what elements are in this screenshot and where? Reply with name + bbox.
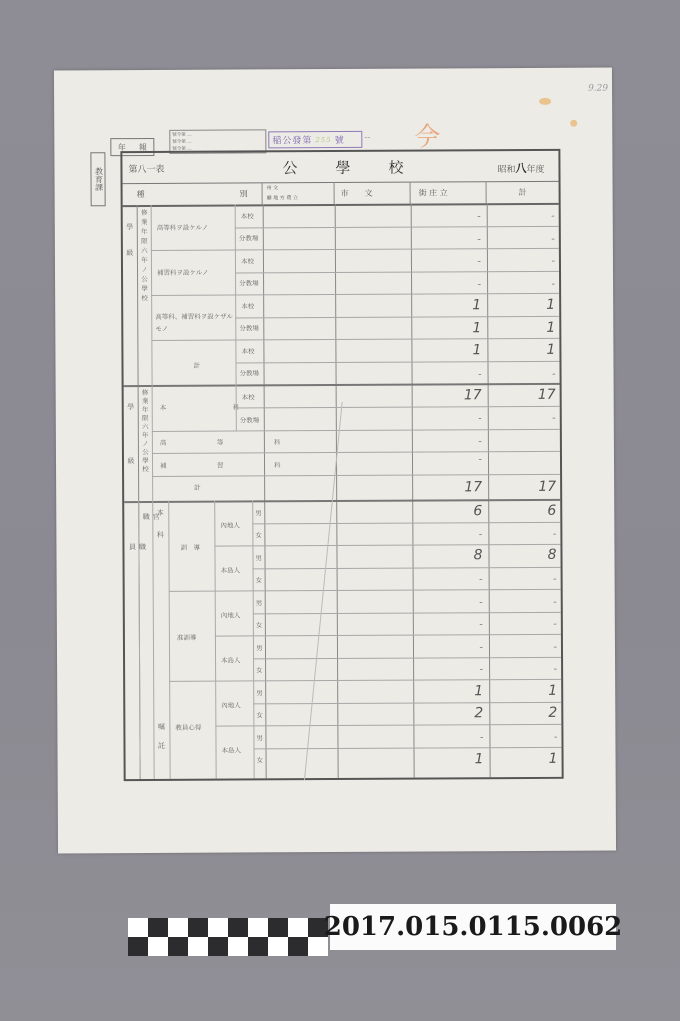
cell-value: 8 — [496, 547, 556, 563]
row-line — [152, 474, 560, 477]
cell-value: - — [421, 211, 481, 222]
row-label: 本校 — [241, 346, 254, 355]
grid-line — [252, 500, 254, 778]
year-prefix: 昭和 — [497, 165, 515, 175]
fiscal-year: 昭和八年度 — [497, 160, 544, 176]
grid-line — [263, 204, 267, 778]
row-label: 本校 — [242, 392, 255, 401]
cell-value: - — [497, 597, 557, 608]
page-title: 公學校 — [282, 156, 441, 178]
stamp-tail: -- — [364, 133, 370, 143]
cell-value: - — [423, 619, 483, 630]
row-label: 本校 — [241, 256, 254, 265]
section2-inner-label: 修業年限六年ノ公學校 — [141, 389, 151, 499]
row-line — [152, 451, 560, 454]
col-category-label: 種 — [137, 189, 145, 200]
cell-value: 1 — [421, 297, 481, 313]
col-prefectural: 州 文 廳 地 方 費 立 — [263, 182, 335, 204]
row-label: 本校 — [241, 301, 254, 310]
grid-line — [152, 385, 154, 501]
row-line — [151, 293, 559, 296]
cell-value: - — [495, 256, 555, 267]
section-divider — [124, 383, 560, 387]
cell-value: - — [496, 529, 556, 540]
row-label: 分教場 — [239, 233, 259, 242]
cell-value: - — [496, 369, 556, 380]
cell-value: 1 — [421, 342, 481, 358]
row-line — [253, 567, 561, 570]
color-scale-ruler — [128, 918, 328, 956]
col-total: 計 — [487, 181, 561, 203]
section-divider — [124, 499, 560, 503]
row-line — [253, 612, 561, 615]
cell-value: - — [421, 256, 481, 267]
cell-value: 1 — [421, 320, 481, 336]
sex-label: 男 — [255, 553, 262, 562]
cell-value: - — [421, 234, 481, 245]
row-line — [235, 316, 559, 319]
col-city: 市 文 — [335, 182, 411, 204]
grid-line — [411, 204, 415, 778]
stamp-text: 號 — [335, 133, 345, 146]
cell-value: 1 — [495, 297, 555, 313]
row-line — [254, 747, 562, 750]
row-line — [235, 226, 559, 229]
sex-label: 男 — [256, 643, 263, 652]
col-town: 街 庄 立 — [411, 181, 487, 203]
cell-value: - — [422, 369, 482, 380]
group-label: 補習科ヲ設ケルノ — [157, 268, 208, 277]
col4-label: 計 — [519, 187, 527, 198]
group-label: 計 — [193, 361, 200, 370]
section2-outer-label: 學 級 — [126, 403, 137, 503]
purple-stamp: 稲公發第 255 號 — [268, 131, 362, 148]
cell-value: - — [423, 597, 483, 608]
row-line — [215, 724, 561, 727]
cell-value: - — [497, 574, 557, 585]
row-line — [152, 429, 560, 432]
cell-value: 17 — [422, 479, 482, 495]
orange-handwritten-mark: 𫝆 — [414, 116, 440, 153]
sex-label: 女 — [255, 530, 262, 539]
group-label: 高等科、補習科ヲ設ケザルモノ — [155, 311, 235, 335]
sub-label: 內地人 — [221, 610, 241, 619]
row-line — [151, 248, 559, 251]
table-header: 第八一表 公學校 昭和八年度 — [122, 151, 558, 184]
section1-inner-label: 修業年限六年ノ公學校 — [140, 209, 150, 369]
sub-label: 內地人 — [221, 700, 241, 709]
group-label: 准訓導 — [177, 633, 197, 642]
sex-label: 男 — [256, 598, 263, 607]
cell-value: - — [496, 413, 556, 424]
year-number: 八 — [515, 162, 526, 175]
col2-label: 市 文 — [341, 188, 373, 199]
column-headers: 種 別 州 文 廳 地 方 費 立 市 文 街 庄 立 計 — [123, 181, 559, 207]
cell-value: - — [495, 211, 555, 222]
row-line — [253, 657, 561, 660]
statistics-table: 第八一表 公學校 昭和八年度 種 別 州 文 廳 地 方 費 立 市 文 街 庄… — [120, 149, 563, 781]
cell-value: 2 — [423, 705, 483, 721]
sex-label: 男 — [256, 733, 263, 742]
cell-value: - — [423, 732, 483, 743]
sub-label: 本島人 — [221, 745, 241, 754]
row-label: 計 — [194, 483, 201, 492]
cell-value: - — [497, 619, 557, 630]
cell-value: - — [495, 279, 555, 290]
stamp-number: 255 — [315, 136, 331, 144]
cell-value: 1 — [498, 751, 558, 767]
grid-line — [168, 501, 170, 779]
cell-value: - — [423, 664, 483, 675]
col-category: 種 別 — [123, 182, 263, 205]
section3-label: 本 科 — [155, 509, 165, 549]
cell-value: 1 — [495, 320, 555, 336]
row-line — [253, 702, 561, 705]
cell-value: - — [421, 279, 481, 290]
cell-value: - — [497, 732, 557, 743]
sex-label: 女 — [256, 710, 263, 719]
form-number: 第八一表 — [128, 162, 164, 175]
section3-label: 嘱託 — [156, 723, 166, 763]
cell-value: - — [422, 413, 482, 424]
accession-number-label: 2017.015.0115.0062 — [330, 904, 616, 950]
cell-value: - — [422, 529, 482, 540]
cell-value: - — [422, 436, 482, 447]
sex-label: 女 — [256, 620, 263, 629]
cell-value: 6 — [496, 503, 556, 519]
cell-value: 8 — [422, 547, 482, 563]
row-line — [169, 679, 561, 682]
cell-value: 17 — [496, 479, 556, 495]
document-sheet: 9.29 𫝆 年 報 號令第 … 號令第 … 號令第 … 稲公發第 255 號 … — [54, 68, 616, 854]
col1-label: 州 文 — [267, 184, 279, 191]
col3-label: 街 庄 立 — [419, 187, 448, 198]
row-line — [235, 271, 559, 274]
cell-value: 2 — [497, 705, 557, 721]
cell-value: - — [497, 642, 557, 653]
row-line — [215, 634, 561, 637]
group-label: 訓 導 — [180, 543, 200, 552]
cell-value: - — [423, 642, 483, 653]
row-line — [252, 522, 560, 525]
row-label: 高 等 科 — [160, 437, 303, 447]
group-label: 高等科ヲ設ケルノ — [157, 223, 208, 232]
row-line — [235, 361, 559, 364]
pencil-note: 9.29 — [588, 84, 608, 94]
col-category-label: 別 — [240, 188, 248, 199]
sub-label: 本島人 — [221, 655, 241, 664]
col1-label: 廳 地 方 費 立 — [267, 194, 298, 201]
row-label: 分教場 — [240, 368, 260, 377]
row-label: 分教場 — [239, 278, 259, 287]
sex-label: 男 — [255, 508, 262, 517]
cell-value: 1 — [497, 683, 557, 699]
sex-label: 女 — [257, 755, 264, 764]
cell-value: 17 — [422, 387, 482, 403]
cell-value: 6 — [422, 503, 482, 519]
cell-value: 1 — [423, 683, 483, 699]
row-label: 本校 — [241, 211, 254, 220]
stain-mark — [539, 98, 551, 105]
sex-label: 女 — [256, 665, 263, 674]
cell-value: 17 — [496, 387, 556, 403]
sex-label: 男 — [256, 688, 263, 697]
row-line — [169, 589, 561, 592]
cell-value: - — [422, 454, 482, 465]
row-label: 分教場 — [239, 323, 259, 332]
row-line — [151, 338, 559, 341]
row-label: 補 習 科 — [160, 460, 303, 470]
grid-line — [487, 203, 491, 777]
cell-value: - — [497, 664, 557, 675]
stain-mark — [570, 120, 577, 127]
department-label: 教育課 — [90, 152, 105, 206]
stamp-text: 稲公發第 — [272, 133, 312, 146]
year-suffix: 年度 — [526, 165, 544, 175]
sub-label: 內地人 — [220, 520, 240, 529]
group-label: 教員心得 — [175, 723, 201, 732]
grid-line — [214, 501, 216, 779]
cell-value: - — [423, 574, 483, 585]
cell-value: - — [495, 234, 555, 245]
cell-value: 1 — [424, 751, 484, 767]
sub-label: 本島人 — [221, 565, 241, 574]
cell-value: 1 — [495, 342, 555, 358]
grid-line — [335, 204, 339, 778]
sex-label: 女 — [256, 575, 263, 584]
row-label: 分教場 — [240, 415, 260, 424]
row-line — [236, 406, 560, 409]
section1-outer-label: 學 級 — [125, 223, 136, 363]
